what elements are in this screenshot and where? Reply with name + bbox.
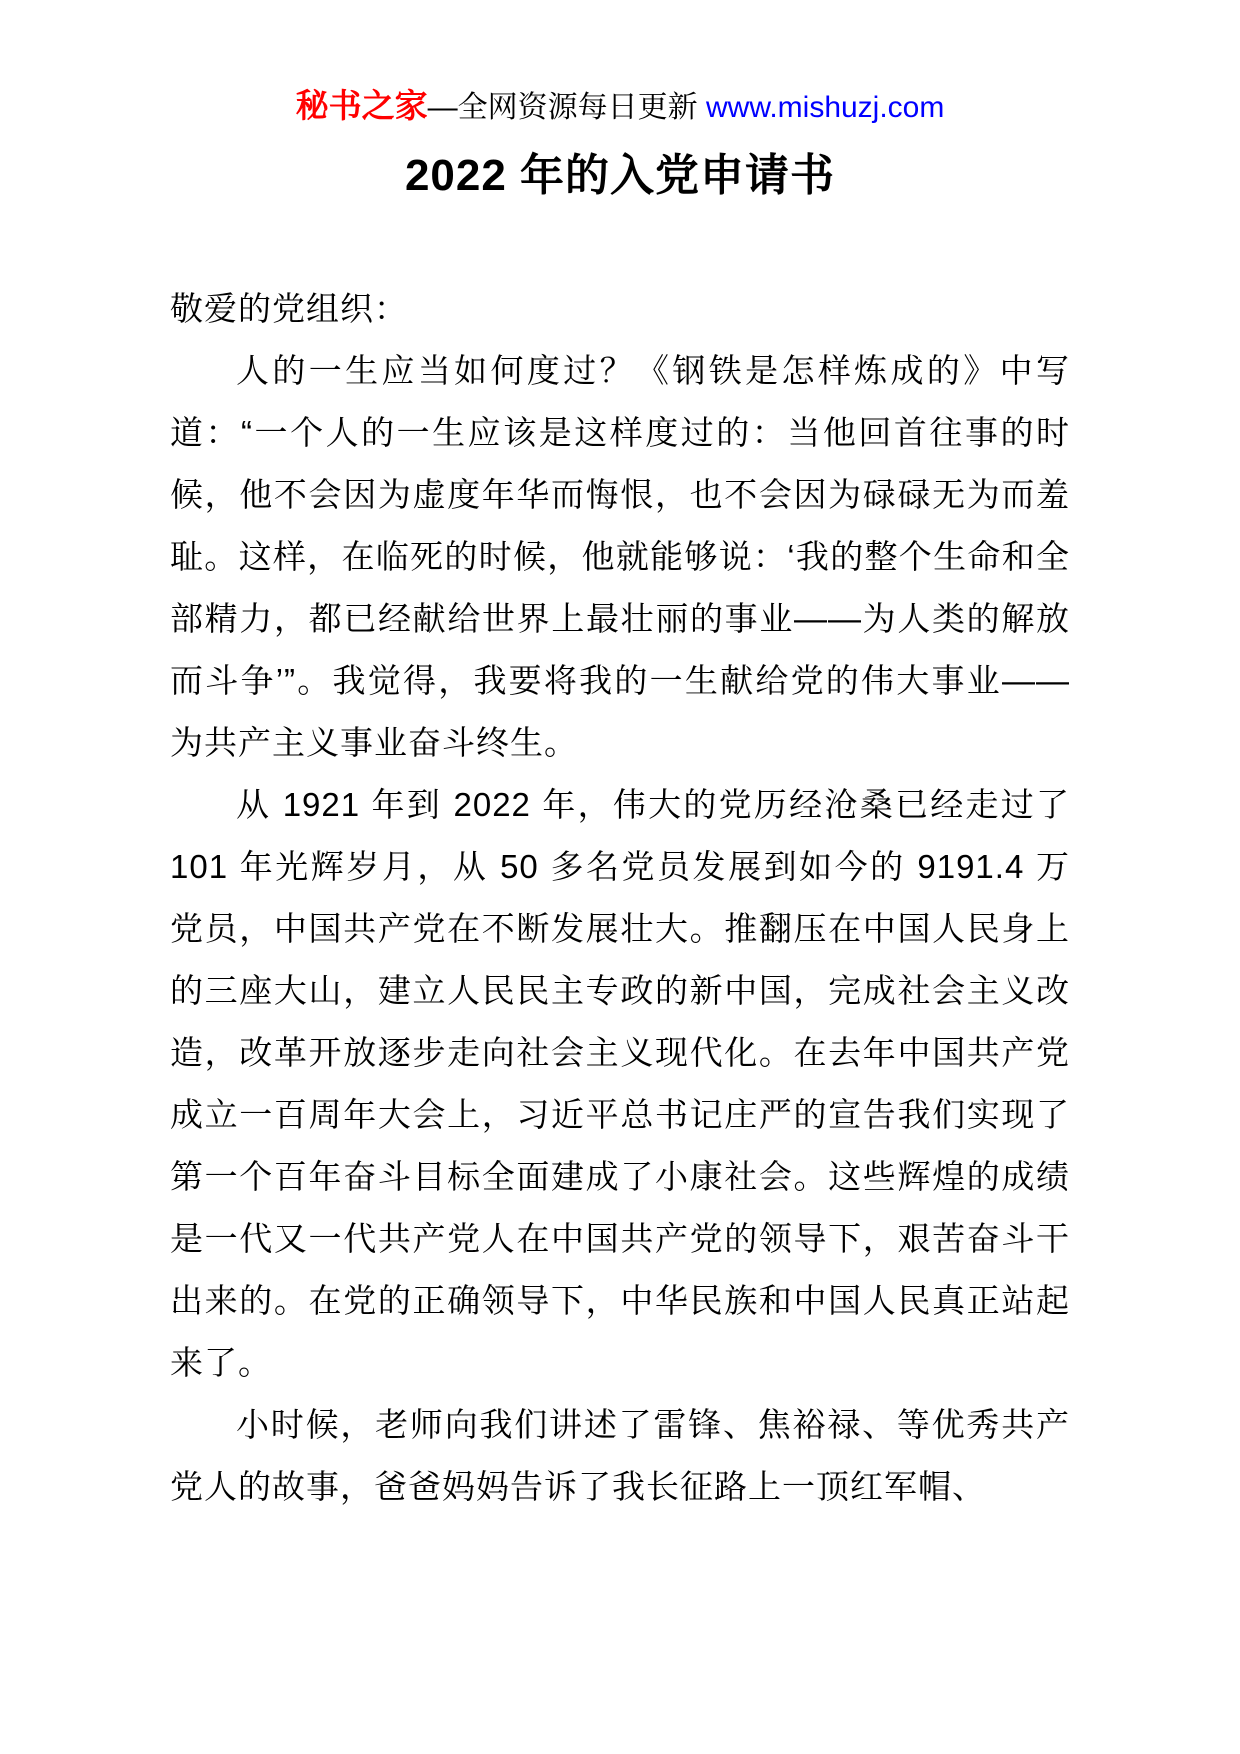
site-url-link[interactable]: www.mishuzj.com xyxy=(706,91,944,124)
document-title: 2022 年的入党申请书 xyxy=(0,150,1240,202)
watermark-header: 秘书之家—全网资源每日更新 www.mishuzj.com xyxy=(0,0,1240,128)
body-paragraph-3: 小时候，老师向我们讲述了雷锋、焦裕禄、等优秀共产党人的故事，爸爸妈妈告诉了我长征… xyxy=(170,1394,1070,1518)
body-paragraph-1: 人的一生应当如何度过？《钢铁是怎样炼成的》中写道：“一个人的一生应该是这样度过的… xyxy=(170,340,1070,774)
brand-name: 秘书之家 xyxy=(296,87,428,124)
body-paragraph-2: 从 1921 年到 2022 年，伟大的党历经沧桑已经走过了 101 年光辉岁月… xyxy=(170,774,1070,1394)
salutation-line: 敬爱的党组织： xyxy=(170,278,1070,340)
header-tagline: —全网资源每日更新 xyxy=(428,91,706,124)
document-page: 秘书之家—全网资源每日更新 www.mishuzj.com 2022 年的入党申… xyxy=(0,0,1240,1754)
document-body: 敬爱的党组织： 人的一生应当如何度过？《钢铁是怎样炼成的》中写道：“一个人的一生… xyxy=(0,278,1240,1518)
